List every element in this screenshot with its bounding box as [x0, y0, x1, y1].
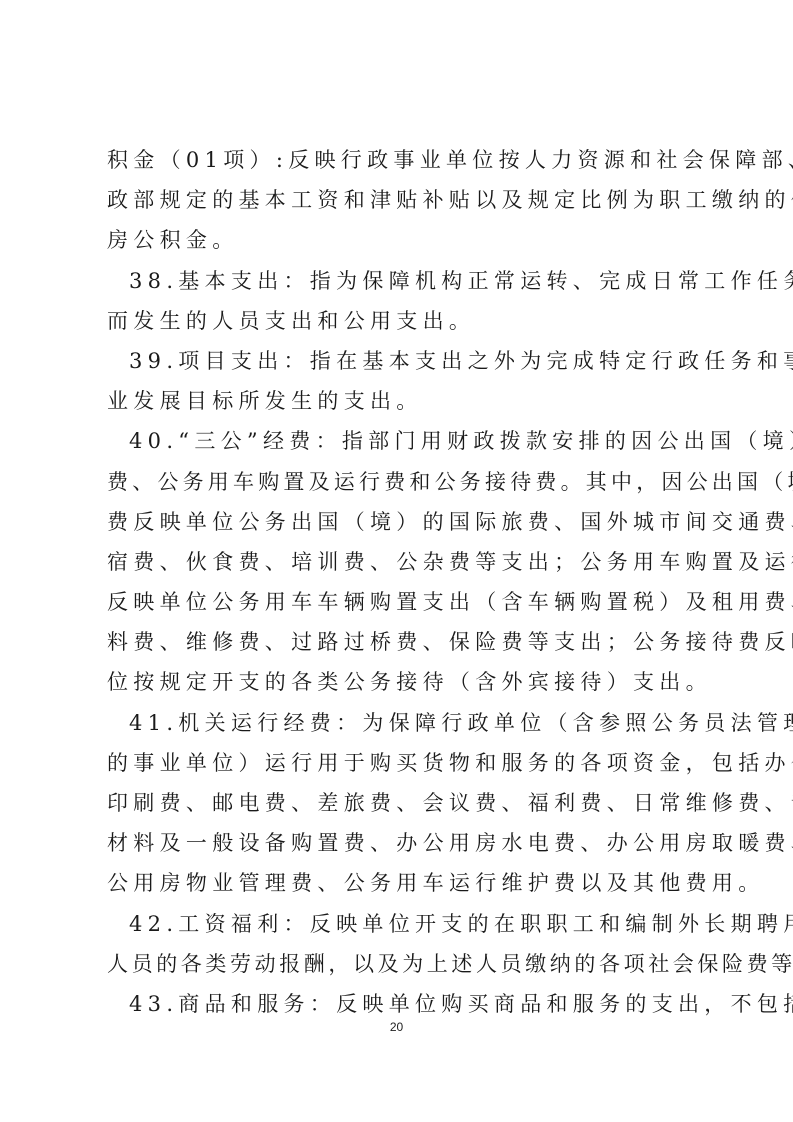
text-line: 位按规定开支的各类公务接待（含外宾接待）支出。 — [107, 662, 697, 702]
text-line: 材料及一般设备购置费、办公用房水电费、办公用房取暖费、办 — [107, 823, 697, 863]
text-line: 费反映单位公务出国（境）的国际旅费、国外城市间交通费、住 — [107, 502, 697, 542]
body-text: 积金（01项）:反映行政事业单位按人力资源和社会保障部、财 政部规定的基本工资和… — [107, 140, 697, 1024]
definition-42: 42.工资福利：反映单位开支的在职职工和编制外长期聘用 — [107, 904, 697, 944]
text-line: 反映单位公务用车车辆购置支出（含车辆购置税）及租用费、燃 — [107, 582, 697, 622]
text-line: 料费、维修费、过路过桥费、保险费等支出；公务接待费反映单 — [107, 622, 697, 662]
text-line: 积金（01项）:反映行政事业单位按人力资源和社会保障部、财 — [107, 140, 697, 180]
text-line: 而发生的人员支出和公用支出。 — [107, 301, 697, 341]
document-page: 积金（01项）:反映行政事业单位按人力资源和社会保障部、财 政部规定的基本工资和… — [0, 0, 793, 1122]
text-line: 房公积金。 — [107, 220, 697, 260]
text-line: 政部规定的基本工资和津贴补贴以及规定比例为职工缴纳的住 — [107, 180, 697, 220]
definition-41: 41.机关运行经费：为保障行政单位（含参照公务员法管理 — [107, 703, 697, 743]
text-line: 宿费、伙食费、培训费、公杂费等支出；公务用车购置及运行费 — [107, 542, 697, 582]
text-line: 印刷费、邮电费、差旅费、会议费、福利费、日常维修费、专用 — [107, 783, 697, 823]
definition-39: 39.项目支出：指在基本支出之外为完成特定行政任务和事 — [107, 341, 697, 381]
text-line: 业发展目标所发生的支出。 — [107, 381, 697, 421]
definition-38: 38.基本支出：指为保障机构正常运转、完成日常工作任务 — [107, 261, 697, 301]
page-number: 20 — [0, 1020, 793, 1034]
text-line: 人员的各类劳动报酬，以及为上述人员缴纳的各项社会保险费等。 — [107, 944, 697, 984]
text-line: 费、公务用车购置及运行费和公务接待费。其中，因公出国（境） — [107, 462, 697, 502]
definition-43: 43.商品和服务：反映单位购买商品和服务的支出，不包括 — [107, 984, 697, 1024]
text-line: 公用房物业管理费、公务用车运行维护费以及其他费用。 — [107, 863, 697, 903]
text-line: 的事业单位）运行用于购买货物和服务的各项资金，包括办公及 — [107, 743, 697, 783]
definition-40: 40.“三公”经费：指部门用财政拨款安排的因公出国（境） — [107, 421, 697, 461]
